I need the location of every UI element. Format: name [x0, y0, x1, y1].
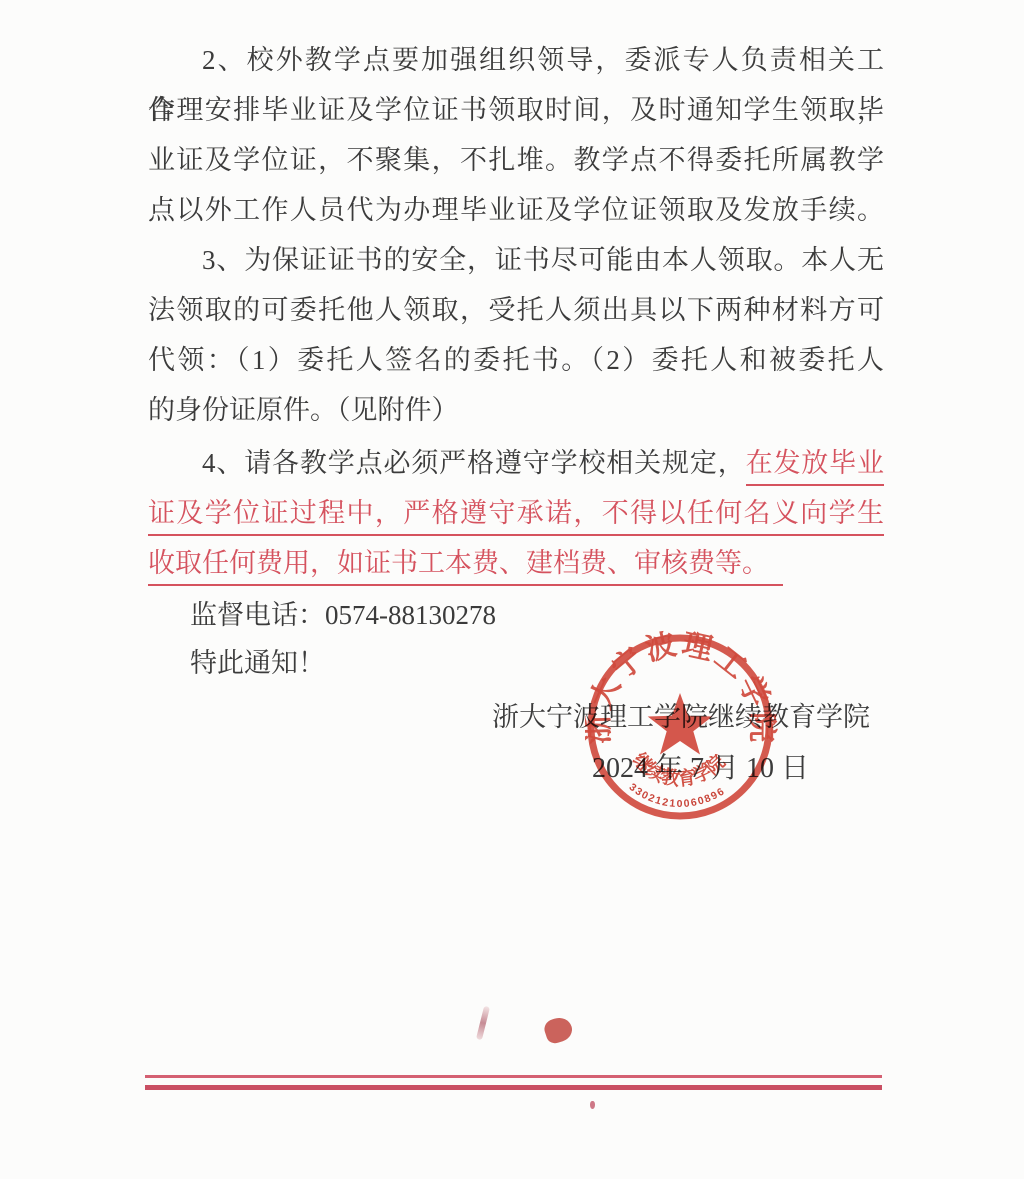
para-2-line-3: 业证及学位证，不聚集，不扎堆。教学点不得委托所属教学 [148, 135, 884, 185]
para-3-line-1: 3、为保证证书的安全，证书尽可能由本人领取。本人无 [148, 235, 884, 285]
official-seal: 浙大宁波理工学院 继续教育学院 33021210060896 [585, 622, 785, 842]
paragraph-4: 4、请各教学点必须严格遵守学校相关规定，在发放毕业 证及学位证过程中，严格遵守承… [148, 438, 884, 588]
para-2-line-1: 2、校外教学点要加强组织领导，委派专人负责相关工作， [148, 35, 884, 85]
para-3-line-4: 的身份证原件。（见附件） [148, 385, 884, 435]
para-3-line-2: 法领取的可委托他人领取，受托人须出具以下两种材料方可 [148, 285, 884, 335]
red-underlined-text: 收取任何费用，如证书工本费、建档费、审核费等。 [148, 548, 783, 586]
para-2-line-4: 点以外工作人员代为办理毕业证及学位证领取及发放手续。 [148, 185, 884, 235]
scanned-notice-page: 2、校外教学点要加强组织领导，委派专人负责相关工作， 合理安排毕业证及学位证书领… [0, 0, 1024, 1179]
footer-rule-thin [145, 1075, 882, 1078]
red-underlined-text: 在发放毕业 [746, 448, 884, 486]
footer-rule-thick [145, 1085, 882, 1090]
para-4-line-3: 收取任何费用，如证书工本费、建档费、审核费等。 [148, 538, 884, 588]
ink-smudge-slash [476, 1006, 490, 1040]
para-2-line-2: 合理安排毕业证及学位证书领取时间，及时通知学生领取毕 [148, 85, 884, 135]
official-seal-graphic: 浙大宁波理工学院 继续教育学院 33021210060896 [585, 622, 785, 842]
para-4-line-1: 4、请各教学点必须严格遵守学校相关规定，在发放毕业 [148, 438, 884, 488]
seal-star-icon [648, 693, 713, 755]
paragraph-2: 2、校外教学点要加强组织领导，委派专人负责相关工作， 合理安排毕业证及学位证书领… [148, 35, 884, 235]
ink-dot [590, 1101, 595, 1109]
red-underlined-text: 证及学位证过程中，严格遵守承诺，不得以任何名义向学生 [148, 498, 884, 536]
paragraph-3: 3、为保证证书的安全，证书尽可能由本人领取。本人无 法领取的可委托他人领取，受托… [148, 235, 884, 435]
ink-smudge-blob [542, 1014, 575, 1045]
para-3-line-3: 代领：（1）委托人签名的委托书。（2）委托人和被委托人 [148, 335, 884, 385]
para-4-line-2: 证及学位证过程中，严格遵守承诺，不得以任何名义向学生 [148, 488, 884, 538]
seal-bottom-text: 继续教育学院 [628, 749, 729, 791]
